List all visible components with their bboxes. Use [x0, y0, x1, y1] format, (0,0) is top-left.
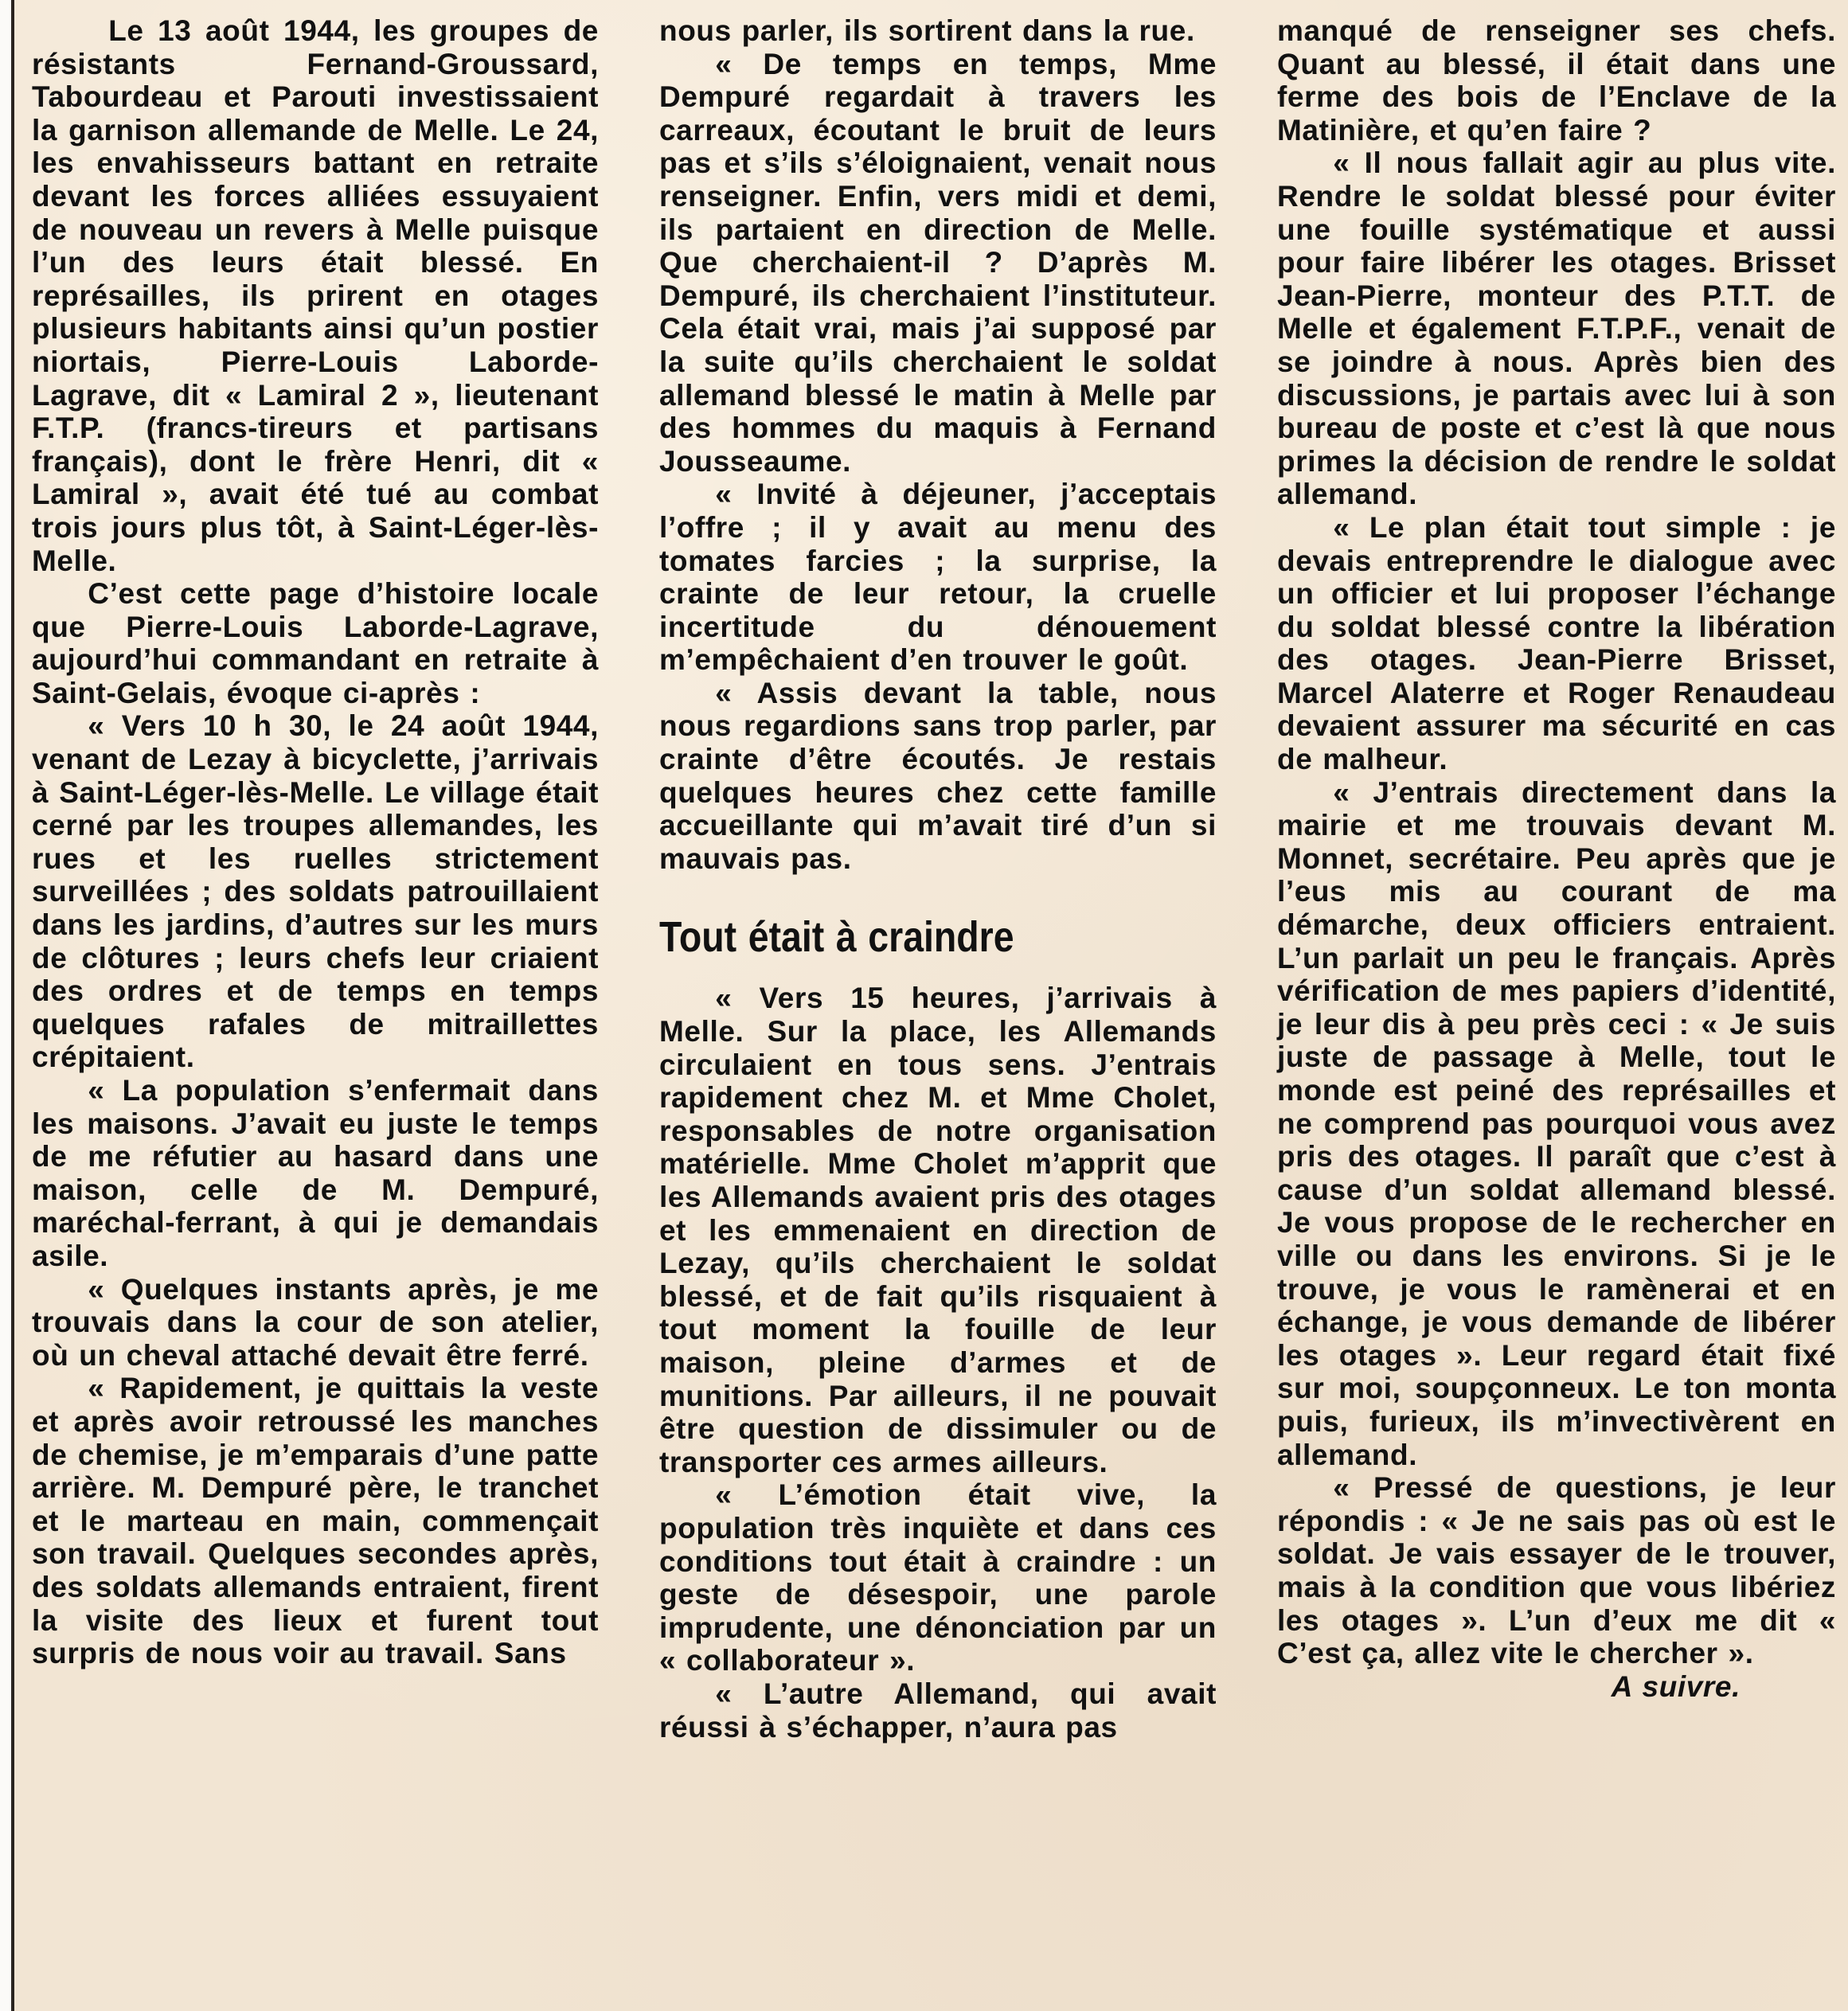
paragraph: « J’entrais directement dans la mairie e… — [1277, 776, 1836, 1471]
paragraph: « Rapidement, je quittais la veste et ap… — [32, 1372, 599, 1669]
paragraph: « L’autre Allemand, qui avait réussi à s… — [659, 1677, 1217, 1744]
newspaper-clipping: Le 13 août 1944, les groupes de résistan… — [0, 0, 1848, 2011]
paragraph: C’est cette page d’histoire locale que P… — [32, 577, 599, 709]
paragraph: « Assis devant la table, nous nous regar… — [659, 677, 1217, 876]
section-heading: Tout était à craindre — [659, 913, 1139, 961]
clipping-edge-rule — [11, 0, 14, 2011]
paragraph: « De temps en temps, Mme Dempuré regarda… — [659, 48, 1217, 478]
paragraph: « Quelques instants après, je me trouvai… — [32, 1273, 599, 1373]
article-column-3: manqué de renseigner ses chefs. Quant au… — [1277, 14, 1836, 1703]
article-column-2: nous parler, ils sortirent dans la rue. … — [659, 14, 1217, 1744]
paragraph: « Invité à déjeuner, j’acceptais l’offre… — [659, 478, 1217, 677]
paragraph: « Vers 10 h 30, le 24 août 1944, venant … — [32, 709, 599, 1074]
paragraph: « La population s’enfermait dans les mai… — [32, 1074, 599, 1273]
paragraph: « Vers 15 heures, j’arrivais à Melle. Su… — [659, 982, 1217, 1478]
paragraph: « L’émotion était vive, la population tr… — [659, 1478, 1217, 1677]
to-be-continued: A suivre. — [1277, 1670, 1836, 1704]
article-column-1: Le 13 août 1944, les groupes de résistan… — [32, 14, 599, 1670]
paragraph: « Le plan était tout simple : je devais … — [1277, 511, 1836, 776]
paragraph: manqué de renseigner ses chefs. Quant au… — [1277, 14, 1836, 146]
paragraph: « Pressé de questions, je leur répondis … — [1277, 1471, 1836, 1670]
paragraph: « Il nous fallait agir au plus vite. Ren… — [1277, 146, 1836, 511]
scan-margin — [0, 0, 11, 2011]
paragraph: nous parler, ils sortirent dans la rue. — [659, 14, 1217, 48]
paragraph: Le 13 août 1944, les groupes de résistan… — [32, 14, 599, 577]
